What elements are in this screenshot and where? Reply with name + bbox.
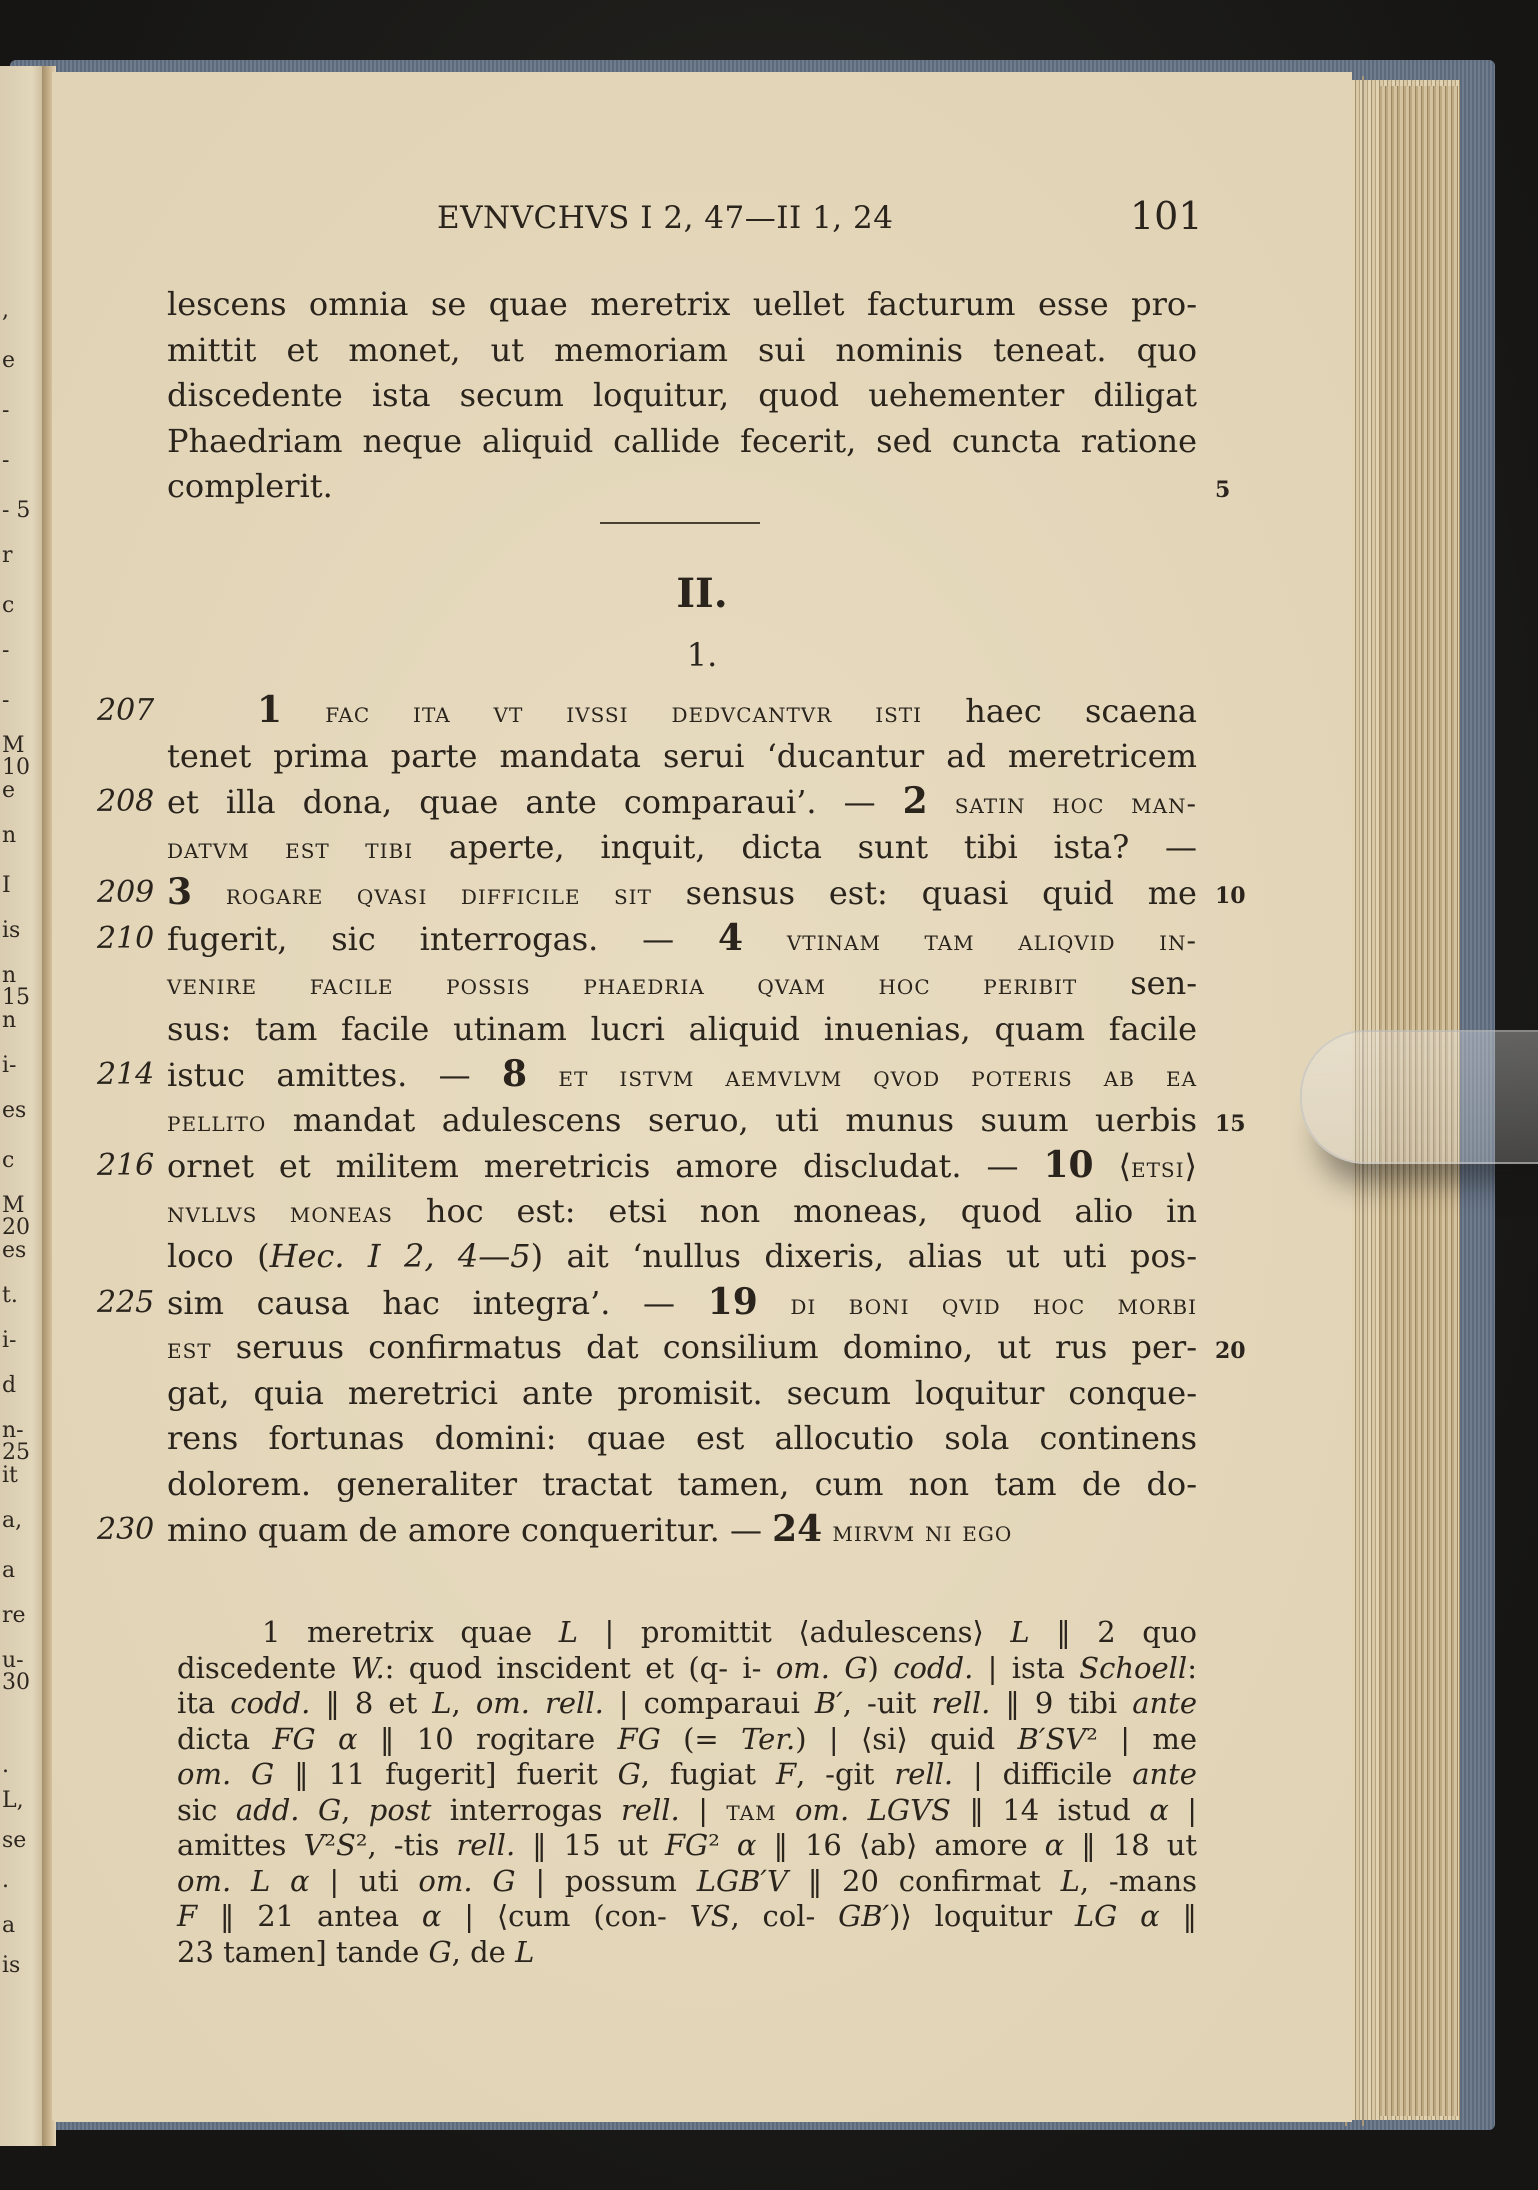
text-line: complerit.5 [167, 464, 1197, 510]
commentary-line: venire facile possis phaedria qvam hoc p… [167, 961, 1197, 1007]
facing-page-text-fragment: t. [2, 1285, 18, 1307]
apparatus-line: 1 meretrix quae L | promittit ⟨adulescen… [177, 1615, 1197, 1651]
facing-page-edge: ,e--- 5rc--M 10enIisn 15ni-escM 20est.i-… [0, 66, 46, 2146]
line-number-marker: 20 [1215, 1329, 1246, 1375]
facing-page-text-fragment: n [2, 825, 16, 847]
commentary-line: sim causa hac integra’. — 19 di boni qvi… [167, 1280, 1197, 1326]
scene-heading: 1. [52, 636, 1352, 674]
facing-page-text-fragment: c [2, 595, 14, 617]
facing-page-text-fragment: . [2, 1755, 9, 1777]
facing-page-text-fragment: is [2, 1955, 20, 1977]
facing-page-text-fragment: L, [2, 1790, 24, 1812]
facing-page-text-fragment: n- 25 [2, 1420, 46, 1464]
commentary-line: fugerit, sic interrogas. — 4 vtinam tam … [167, 916, 1197, 962]
line-number-marker: 10 [1215, 874, 1246, 920]
apparatus-line: F ‖ 21 antea α | ⟨cum (con- VS, col- GB′… [177, 1899, 1197, 1935]
commentary-line: istuc amittes. — 8 et istvm aemvlvm qvod… [167, 1052, 1197, 1098]
verse-number: 208 [97, 779, 157, 825]
facing-page-text-fragment: - [2, 690, 9, 712]
verse-number: 207 [97, 688, 157, 734]
commentary-line: pellito mandat adulescens seruo, uti mun… [167, 1098, 1197, 1144]
facing-page-text-fragment: I [2, 875, 11, 897]
apparatus-line: om. G ‖ 11 fugerit] fuerit G, fugiat F, … [177, 1757, 1197, 1793]
book-page: EVNVCHVS I 2, 47—II 1, 24 101 lescens om… [52, 72, 1352, 2122]
facing-page-text-fragment: - [2, 400, 9, 422]
facing-page-text-fragment: r [2, 545, 13, 567]
facing-page-text-fragment: - [2, 450, 9, 472]
facing-page-text-fragment: n [2, 1010, 16, 1032]
text-line: Phaedriam neque aliquid callide fecerit,… [167, 419, 1197, 465]
apparatus-line: discedente W.: quod inscident et (q- i- … [177, 1651, 1197, 1687]
commentary-line: mino quam de amore conqueritur. — 24 mir… [167, 1507, 1197, 1553]
commentary-line: est seruus confirmatus dat consilium dom… [167, 1325, 1197, 1371]
facing-page-text-fragment: e [2, 780, 15, 802]
text-line: discedente ista secum loquitur, quod ueh… [167, 373, 1197, 419]
facing-page-text-fragment: i- [2, 1330, 16, 1352]
facing-page-text-fragment: - 5 [2, 500, 30, 522]
intro-paragraph: lescens omnia se quae meretrix uellet fa… [167, 282, 1197, 510]
apparatus-line: sic add. G, post interrogas rell. | tam … [177, 1793, 1197, 1829]
facing-page-text-fragment: - [2, 640, 9, 662]
facing-page-text-fragment: . [2, 1870, 9, 1892]
facing-page-text-fragment: e [2, 350, 15, 372]
facing-page-text-fragment: d [2, 1375, 16, 1397]
commentary-line: gat, quia meretrici ante promisit. secum… [167, 1371, 1197, 1417]
commentary-line: tenet prima parte mandata serui ‘ducantu… [167, 734, 1197, 780]
text-line: mittit et monet, ut memoriam sui nominis… [167, 328, 1197, 374]
facing-page-text-fragment: u- 30 [2, 1650, 46, 1694]
page-number: 101 [1130, 194, 1203, 238]
page-clip-bookmark [1300, 1030, 1538, 1164]
facing-page-text-fragment: a [2, 1915, 15, 1937]
line-number-marker: 15 [1215, 1102, 1246, 1148]
apparatus-line: 23 tamen] tande G, de L [177, 1935, 1197, 1971]
facing-page-text-fragment: i- [2, 1055, 16, 1077]
facing-page-text-fragment: a, [2, 1510, 22, 1532]
commentary-line: sus: tam facile utinam lucri aliquid inu… [167, 1007, 1197, 1053]
apparatus-line: amittes V²S², -tis rell. ‖ 15 ut FG² α ‖… [177, 1828, 1197, 1864]
verse-number: 214 [97, 1052, 157, 1098]
commentary-text: 1 fac ita vt ivssi dedvcantvr isti haec … [167, 688, 1197, 1553]
verse-number: 225 [97, 1280, 157, 1326]
commentary-line: rens fortunas domini: quae est allocutio… [167, 1416, 1197, 1462]
critical-apparatus: 1 meretrix quae L | promittit ⟨adulescen… [177, 1615, 1197, 1970]
apparatus-line: ita codd. ‖ 8 et L, om. rell. | comparau… [177, 1686, 1197, 1722]
commentary-line: nvllvs moneas hoc est: etsi non moneas, … [167, 1189, 1197, 1235]
facing-page-text-fragment: , [2, 300, 9, 322]
commentary-line: dolorem. generaliter tractat tamen, cum … [167, 1462, 1197, 1508]
running-head: EVNVCHVS I 2, 47—II 1, 24 [437, 200, 893, 236]
verse-number: 230 [97, 1507, 157, 1553]
facing-page-text-fragment: re [2, 1605, 26, 1627]
commentary-line: ornet et militem meretricis amore disclu… [167, 1143, 1197, 1189]
facing-page-text-fragment: M 10 [2, 735, 46, 779]
verse-number: 216 [97, 1143, 157, 1189]
section-divider [600, 522, 760, 524]
apparatus-line: om. L α | uti om. G | possum LGB′V ‖ 20 … [177, 1864, 1197, 1900]
text-line: lescens omnia se quae meretrix uellet fa… [167, 282, 1197, 328]
facing-page-text-fragment: n 15 [2, 965, 46, 1009]
commentary-line: 1 fac ita vt ivssi dedvcantvr isti haec … [167, 688, 1197, 734]
facing-page-text-fragment: is [2, 920, 20, 942]
commentary-line: et illa dona, quae ante comparaui’. — 2 … [167, 779, 1197, 825]
act-heading: II. [52, 570, 1352, 617]
line-number-marker: 5 [1215, 468, 1230, 514]
facing-page-text-fragment: M 20 [2, 1195, 46, 1239]
facing-page-text-fragment: a [2, 1560, 15, 1582]
commentary-line: loco (Hec. I 2, 4—5) ait ‘nullus dixeris… [167, 1234, 1197, 1280]
facing-page-text-fragment: c [2, 1150, 14, 1172]
commentary-line: datvm est tibi aperte, inquit, dicta sun… [167, 825, 1197, 871]
verse-number: 210 [97, 916, 157, 962]
apparatus-line: dicta FG α ‖ 10 rogitare FG (= Ter.) | ⟨… [177, 1722, 1197, 1758]
facing-page-text-fragment: es [2, 1240, 26, 1262]
facing-page-text-fragment: it [2, 1465, 18, 1487]
verse-number: 209 [97, 870, 157, 916]
facing-page-text-fragment: se [2, 1830, 26, 1852]
facing-page-text-fragment: es [2, 1100, 26, 1122]
commentary-line: 3 rogare qvasi difficile sit sensus est:… [167, 870, 1197, 916]
